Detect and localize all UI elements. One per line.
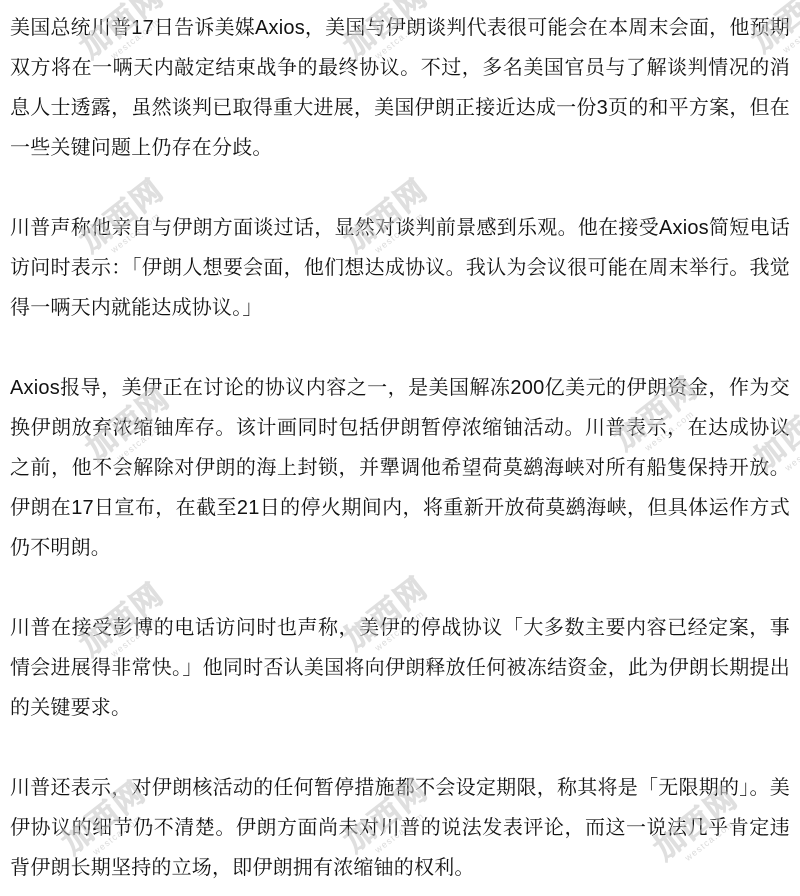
paragraph-4: 川普在接受彭博的电话访问时也声称，美伊的停战协议「大多数主要内容已经定案，事情会… [10,608,790,728]
paragraph-2: 川普声称他亲自与伊朗方面谈过话，显然对谈判前景感到乐观。他在接受Axios简短电… [10,208,790,328]
paragraph-5: 川普还表示，对伊朗核活动的任何暂停措施都不会设定期限，称其将是「无限期的」。美伊… [10,768,790,888]
paragraph-1: 美国总统川普17日告诉美媒Axios，美国与伊朗谈判代表很可能会在本周末会面，他… [10,8,790,168]
paragraph-3: Axios报导，美伊正在讨论的协议内容之一，是美国解冻200亿美元的伊朗资金，作… [10,368,790,568]
article-body: 美国总统川普17日告诉美媒Axios，美国与伊朗谈判代表很可能会在本周末会面，他… [0,0,800,888]
